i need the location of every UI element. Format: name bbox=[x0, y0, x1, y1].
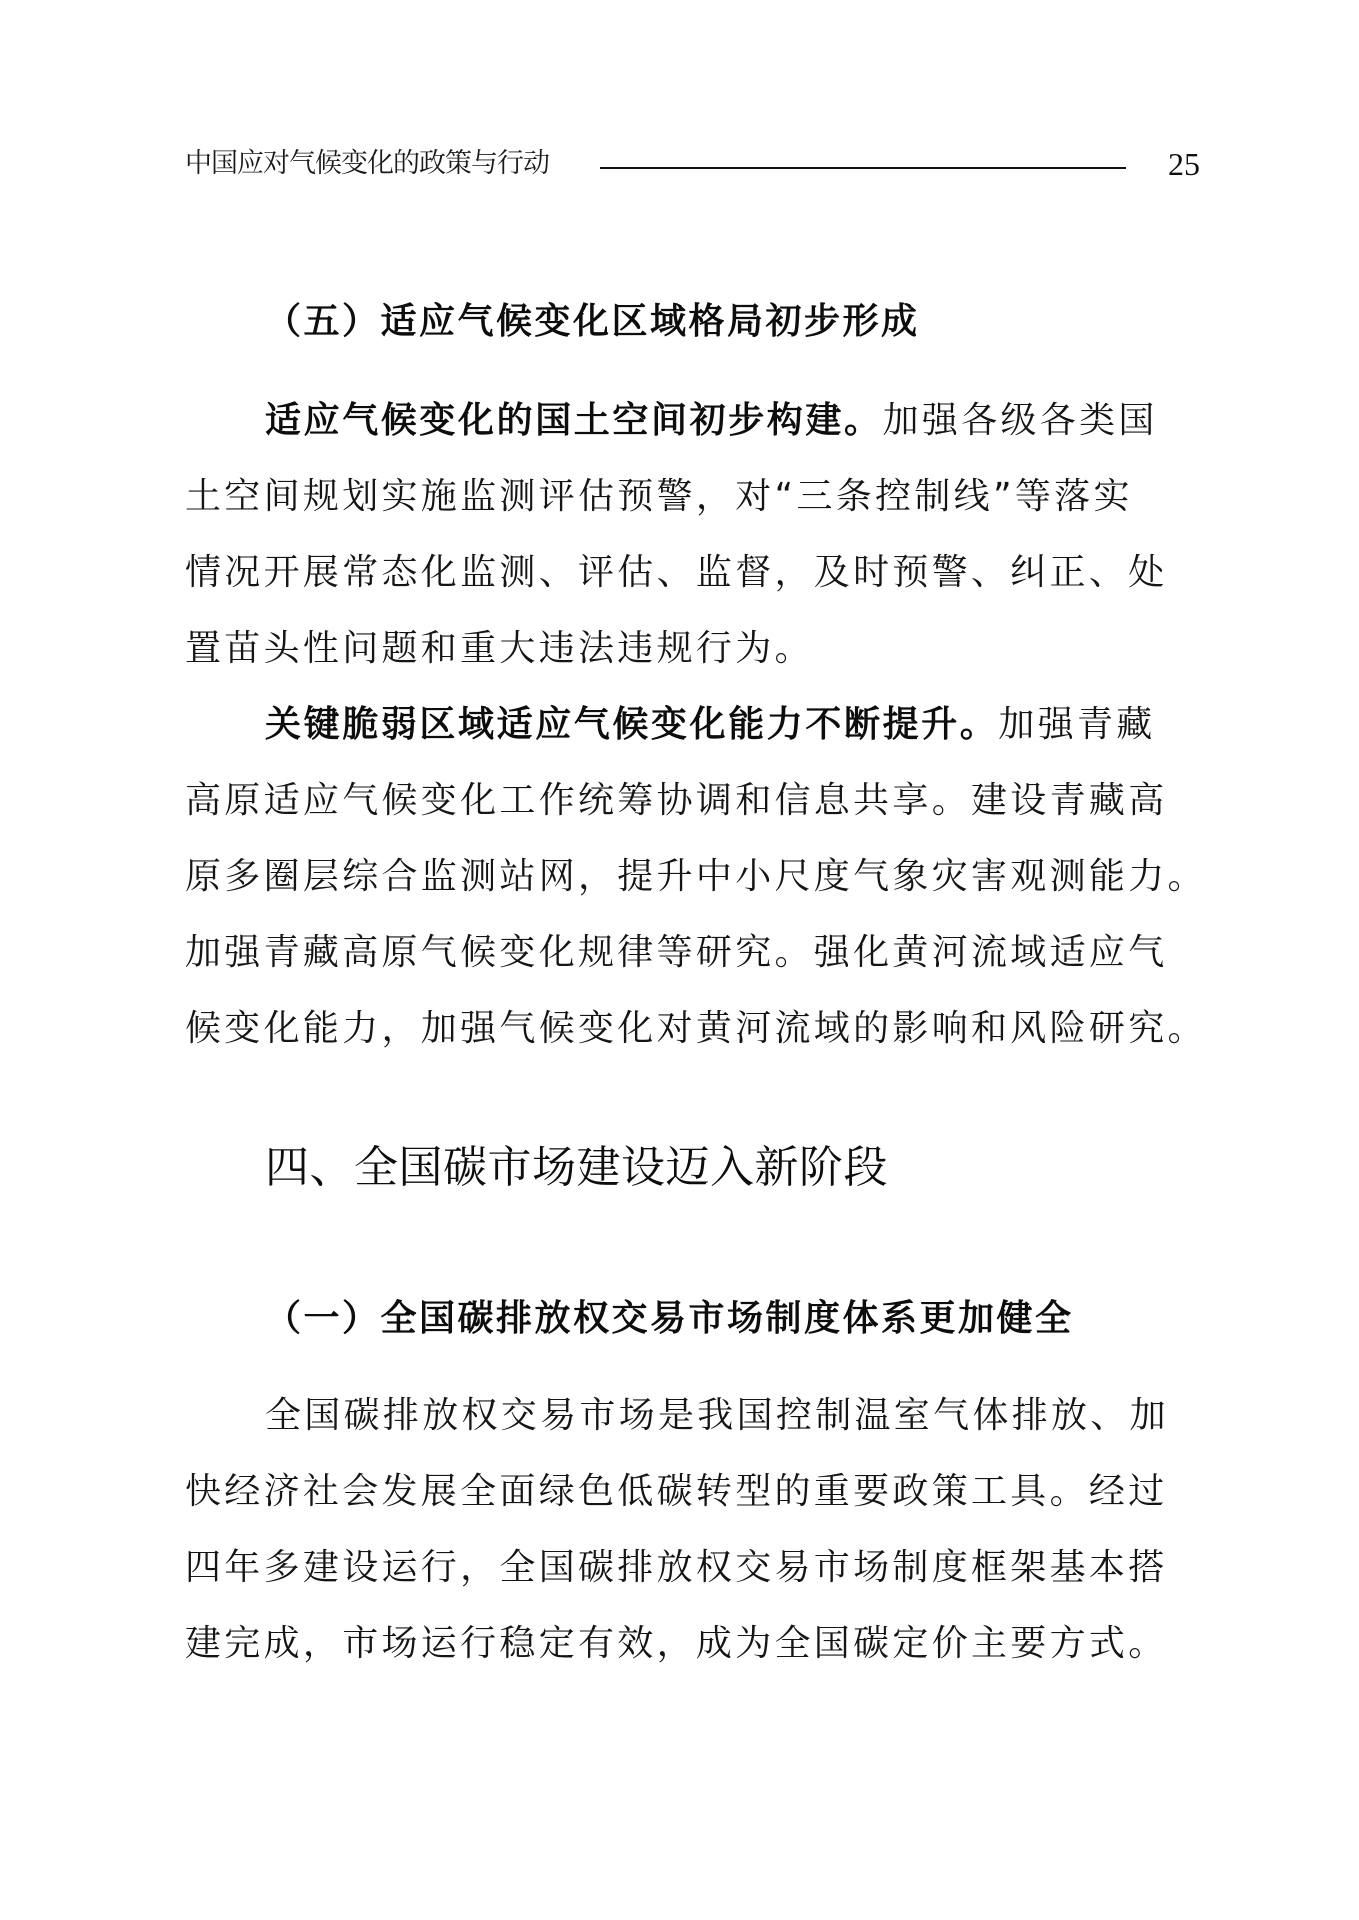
running-header: 中国应对气候变化的政策与行动 25 bbox=[185, 146, 1205, 186]
paragraph-line: 建完成，市场运行稳定有效，成为全国碳定价主要方式。 bbox=[185, 1606, 1175, 1682]
paragraph-line: 全国碳排放权交易市场是我国控制温室气体排放、加 bbox=[185, 1378, 1175, 1454]
paragraph-line: 置苗头性问题和重大违法违规行为。 bbox=[185, 611, 1175, 687]
paragraph-line: 候变化能力，加强气候变化对黄河流域的影响和风险研究。 bbox=[185, 991, 1175, 1067]
paragraph-vulnerable-regions: 关键脆弱区域适应气候变化能力不断提升。加强青藏 高原适应气候变化工作统筹协调和信… bbox=[185, 687, 1175, 1067]
paragraph-line: 情况开展常态化监测、评估、监督，及时预警、纠正、处 bbox=[185, 535, 1175, 611]
subsection-heading-5: （五）适应气候变化区域格局初步形成 bbox=[265, 292, 920, 352]
paragraph-line: 原多圈层综合监测站网，提升中小尺度气象灾害观测能力。 bbox=[185, 839, 1175, 915]
paragraph-line: 四年多建设运行，全国碳排放权交易市场制度框架基本搭 bbox=[185, 1530, 1175, 1606]
document-page: 中国应对气候变化的政策与行动 25 （五）适应气候变化区域格局初步形成 适应气候… bbox=[0, 0, 1359, 1920]
paragraph-line: 关键脆弱区域适应气候变化能力不断提升。加强青藏 bbox=[185, 687, 1175, 763]
subsection-heading-1: （一）全国碳排放权交易市场制度体系更加健全 bbox=[265, 1289, 1074, 1349]
paragraph-line: 快经济社会发展全面绿色低碳转型的重要政策工具。经过 bbox=[185, 1454, 1175, 1530]
section-heading-4: 四、全国碳市场建设迈入新阶段 bbox=[265, 1136, 888, 1200]
paragraph-line: 加强青藏高原气候变化规律等研究。强化黄河流域适应气 bbox=[185, 915, 1175, 991]
paragraph-carbon-market: 全国碳排放权交易市场是我国控制温室气体排放、加 快经济社会发展全面绿色低碳转型的… bbox=[185, 1378, 1175, 1682]
paragraph-text: 加强青藏 bbox=[998, 704, 1155, 745]
page-number: 25 bbox=[1168, 144, 1200, 184]
running-title: 中国应对气候变化的政策与行动 bbox=[185, 146, 549, 182]
header-rule bbox=[600, 167, 1126, 169]
paragraph-line: 高原适应气候变化工作统筹协调和信息共享。建设青藏高 bbox=[185, 763, 1175, 839]
paragraph-line: 适应气候变化的国土空间初步构建。加强各级各类国 bbox=[185, 383, 1175, 459]
paragraph-land-space: 适应气候变化的国土空间初步构建。加强各级各类国 土空间规划实施监测评估预警，对“… bbox=[185, 383, 1175, 687]
paragraph-lead: 适应气候变化的国土空间初步构建。 bbox=[265, 400, 883, 441]
paragraph-text: 加强各级各类国 bbox=[883, 400, 1158, 441]
paragraph-line: 土空间规划实施监测评估预警，对“三条控制线”等落实 bbox=[185, 459, 1175, 535]
paragraph-lead: 关键脆弱区域适应气候变化能力不断提升。 bbox=[265, 704, 998, 745]
